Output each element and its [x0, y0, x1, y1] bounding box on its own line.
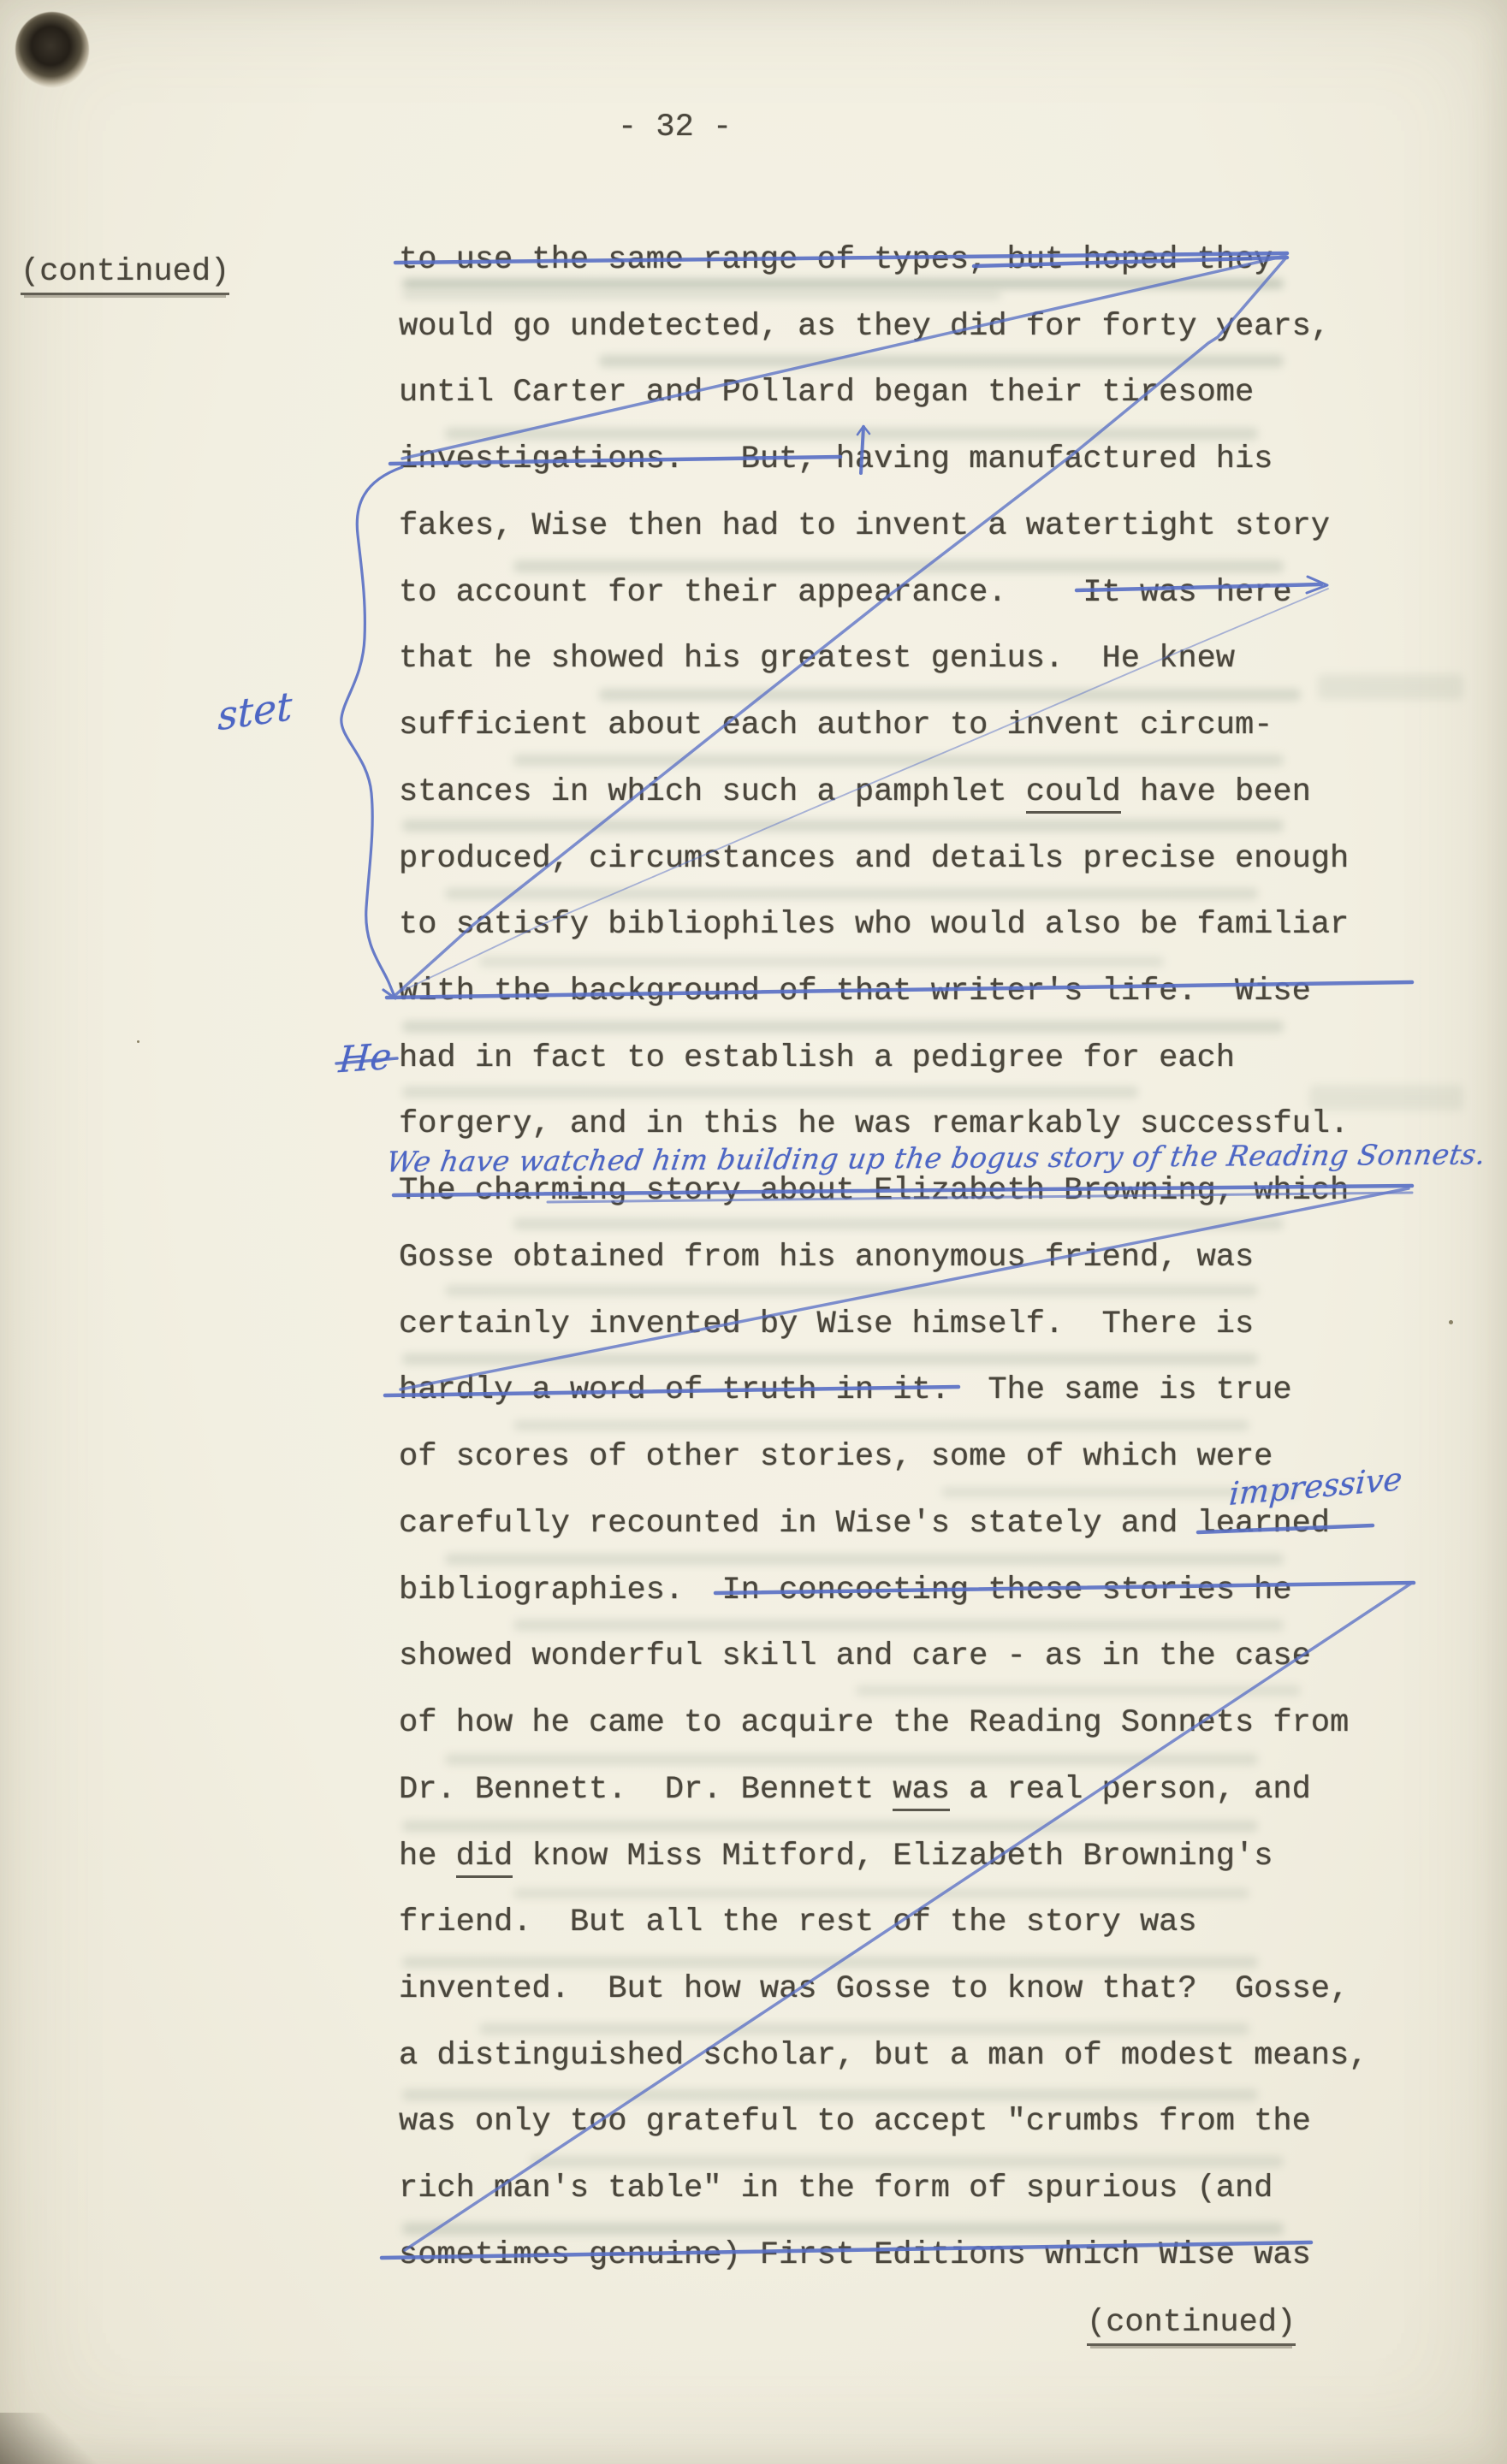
stet-brace: [341, 467, 402, 998]
deletion-diagonals: [395, 256, 1412, 2250]
diagonal-thin-here-to-margin: [395, 589, 1328, 994]
manuscript-page: - 32 - (continued) to use the same range…: [0, 0, 1507, 2464]
he-insertion-annotation: He: [337, 1035, 393, 1081]
diagonal-they-to-investigations: [402, 256, 1285, 459]
diagonal-which-to-hardly: [400, 1188, 1409, 1389]
strike-sometimes-genuine: [382, 2242, 1311, 2258]
insertion-caret: [861, 427, 863, 473]
strike-investigations-but: [390, 457, 840, 464]
strike-it-was-here: [1077, 584, 1321, 590]
diagonal-stories-to-sometimes: [405, 1583, 1412, 2250]
strike-hardly-a-word: [385, 1387, 958, 1395]
strike-learned: [1198, 1525, 1373, 1532]
strikethrough-marks: [336, 253, 1414, 2258]
diagonal-they-to-margin: [395, 258, 1286, 996]
strike-in-concocting: [715, 1583, 1414, 1593]
strike-background-line: [387, 982, 1412, 998]
pen-marks-overlay: [0, 0, 1507, 2464]
